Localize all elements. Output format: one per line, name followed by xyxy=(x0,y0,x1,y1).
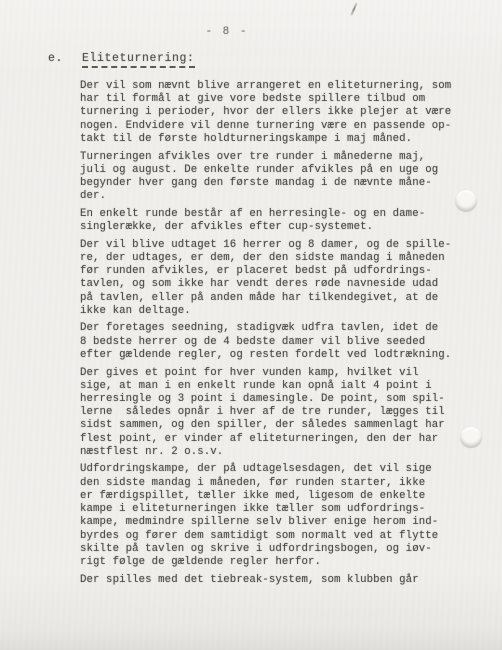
pen-mark xyxy=(350,2,357,15)
paragraph: Der vil blive udtaget 16 herrer og 8 dam… xyxy=(80,239,464,318)
section-title: Eliteturnering: xyxy=(82,52,195,68)
paragraph: Der foretages seedning, stadigvæk udfra … xyxy=(80,322,464,362)
hole-punch xyxy=(460,427,482,448)
paragraph: En enkelt runde består af en herresingle… xyxy=(80,208,464,234)
paragraph: Udfordringskampe, der på udtagelsesdagen… xyxy=(80,463,464,569)
paragraph: Der gives et point for hver vunden kamp,… xyxy=(80,367,464,459)
paragraph: Turneringen afvikles over tre runder i m… xyxy=(80,151,464,204)
section-heading: e.Eliteturnering: xyxy=(48,52,195,68)
page-number: - 8 - xyxy=(182,26,272,38)
paragraph: Der spilles med det tiebreak-system, som… xyxy=(80,574,464,587)
section-marker: e. xyxy=(48,52,82,65)
hole-punch xyxy=(455,190,477,212)
scanned-page: - 8 - e.Eliteturnering: Der vil som nævn… xyxy=(0,0,502,650)
document-body: Der vil som nævnt blive arrangeret en el… xyxy=(80,80,464,591)
paragraph: Der vil som nævnt blive arrangeret en el… xyxy=(80,80,464,146)
